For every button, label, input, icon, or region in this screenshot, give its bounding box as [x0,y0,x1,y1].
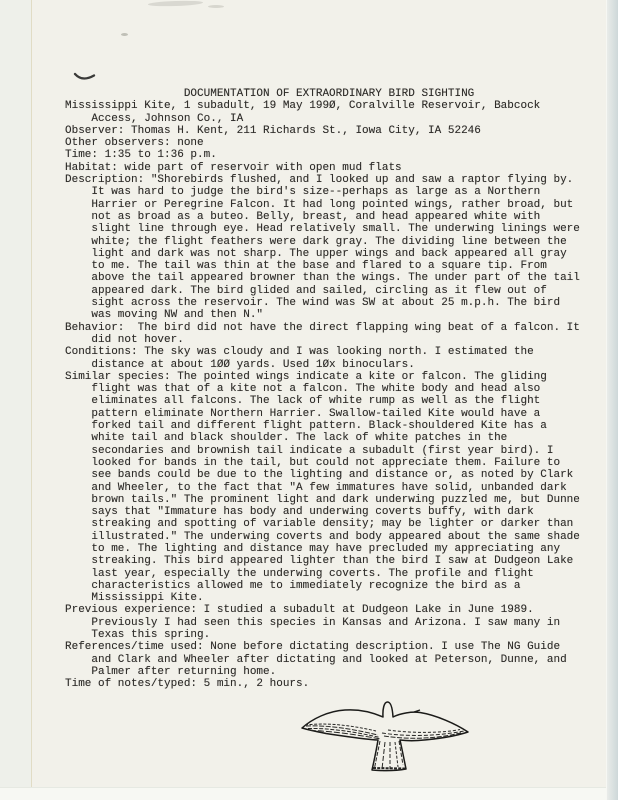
bird-in-flight-sketch [298,695,476,783]
scan-smudge [121,33,128,36]
handwritten-tick-mark [73,70,97,84]
scanned-document-page: DOCUMENTATION OF EXTRAORDINARY BIRD SIGH… [0,0,618,800]
document-text: DOCUMENTATION OF EXTRAORDINARY BIRD SIGH… [65,88,580,691]
scan-left-edge [0,0,32,800]
scan-right-edge [606,0,618,800]
scan-bottom-edge [0,787,618,800]
scan-smudge [148,0,203,7]
scan-smudge [208,5,224,8]
